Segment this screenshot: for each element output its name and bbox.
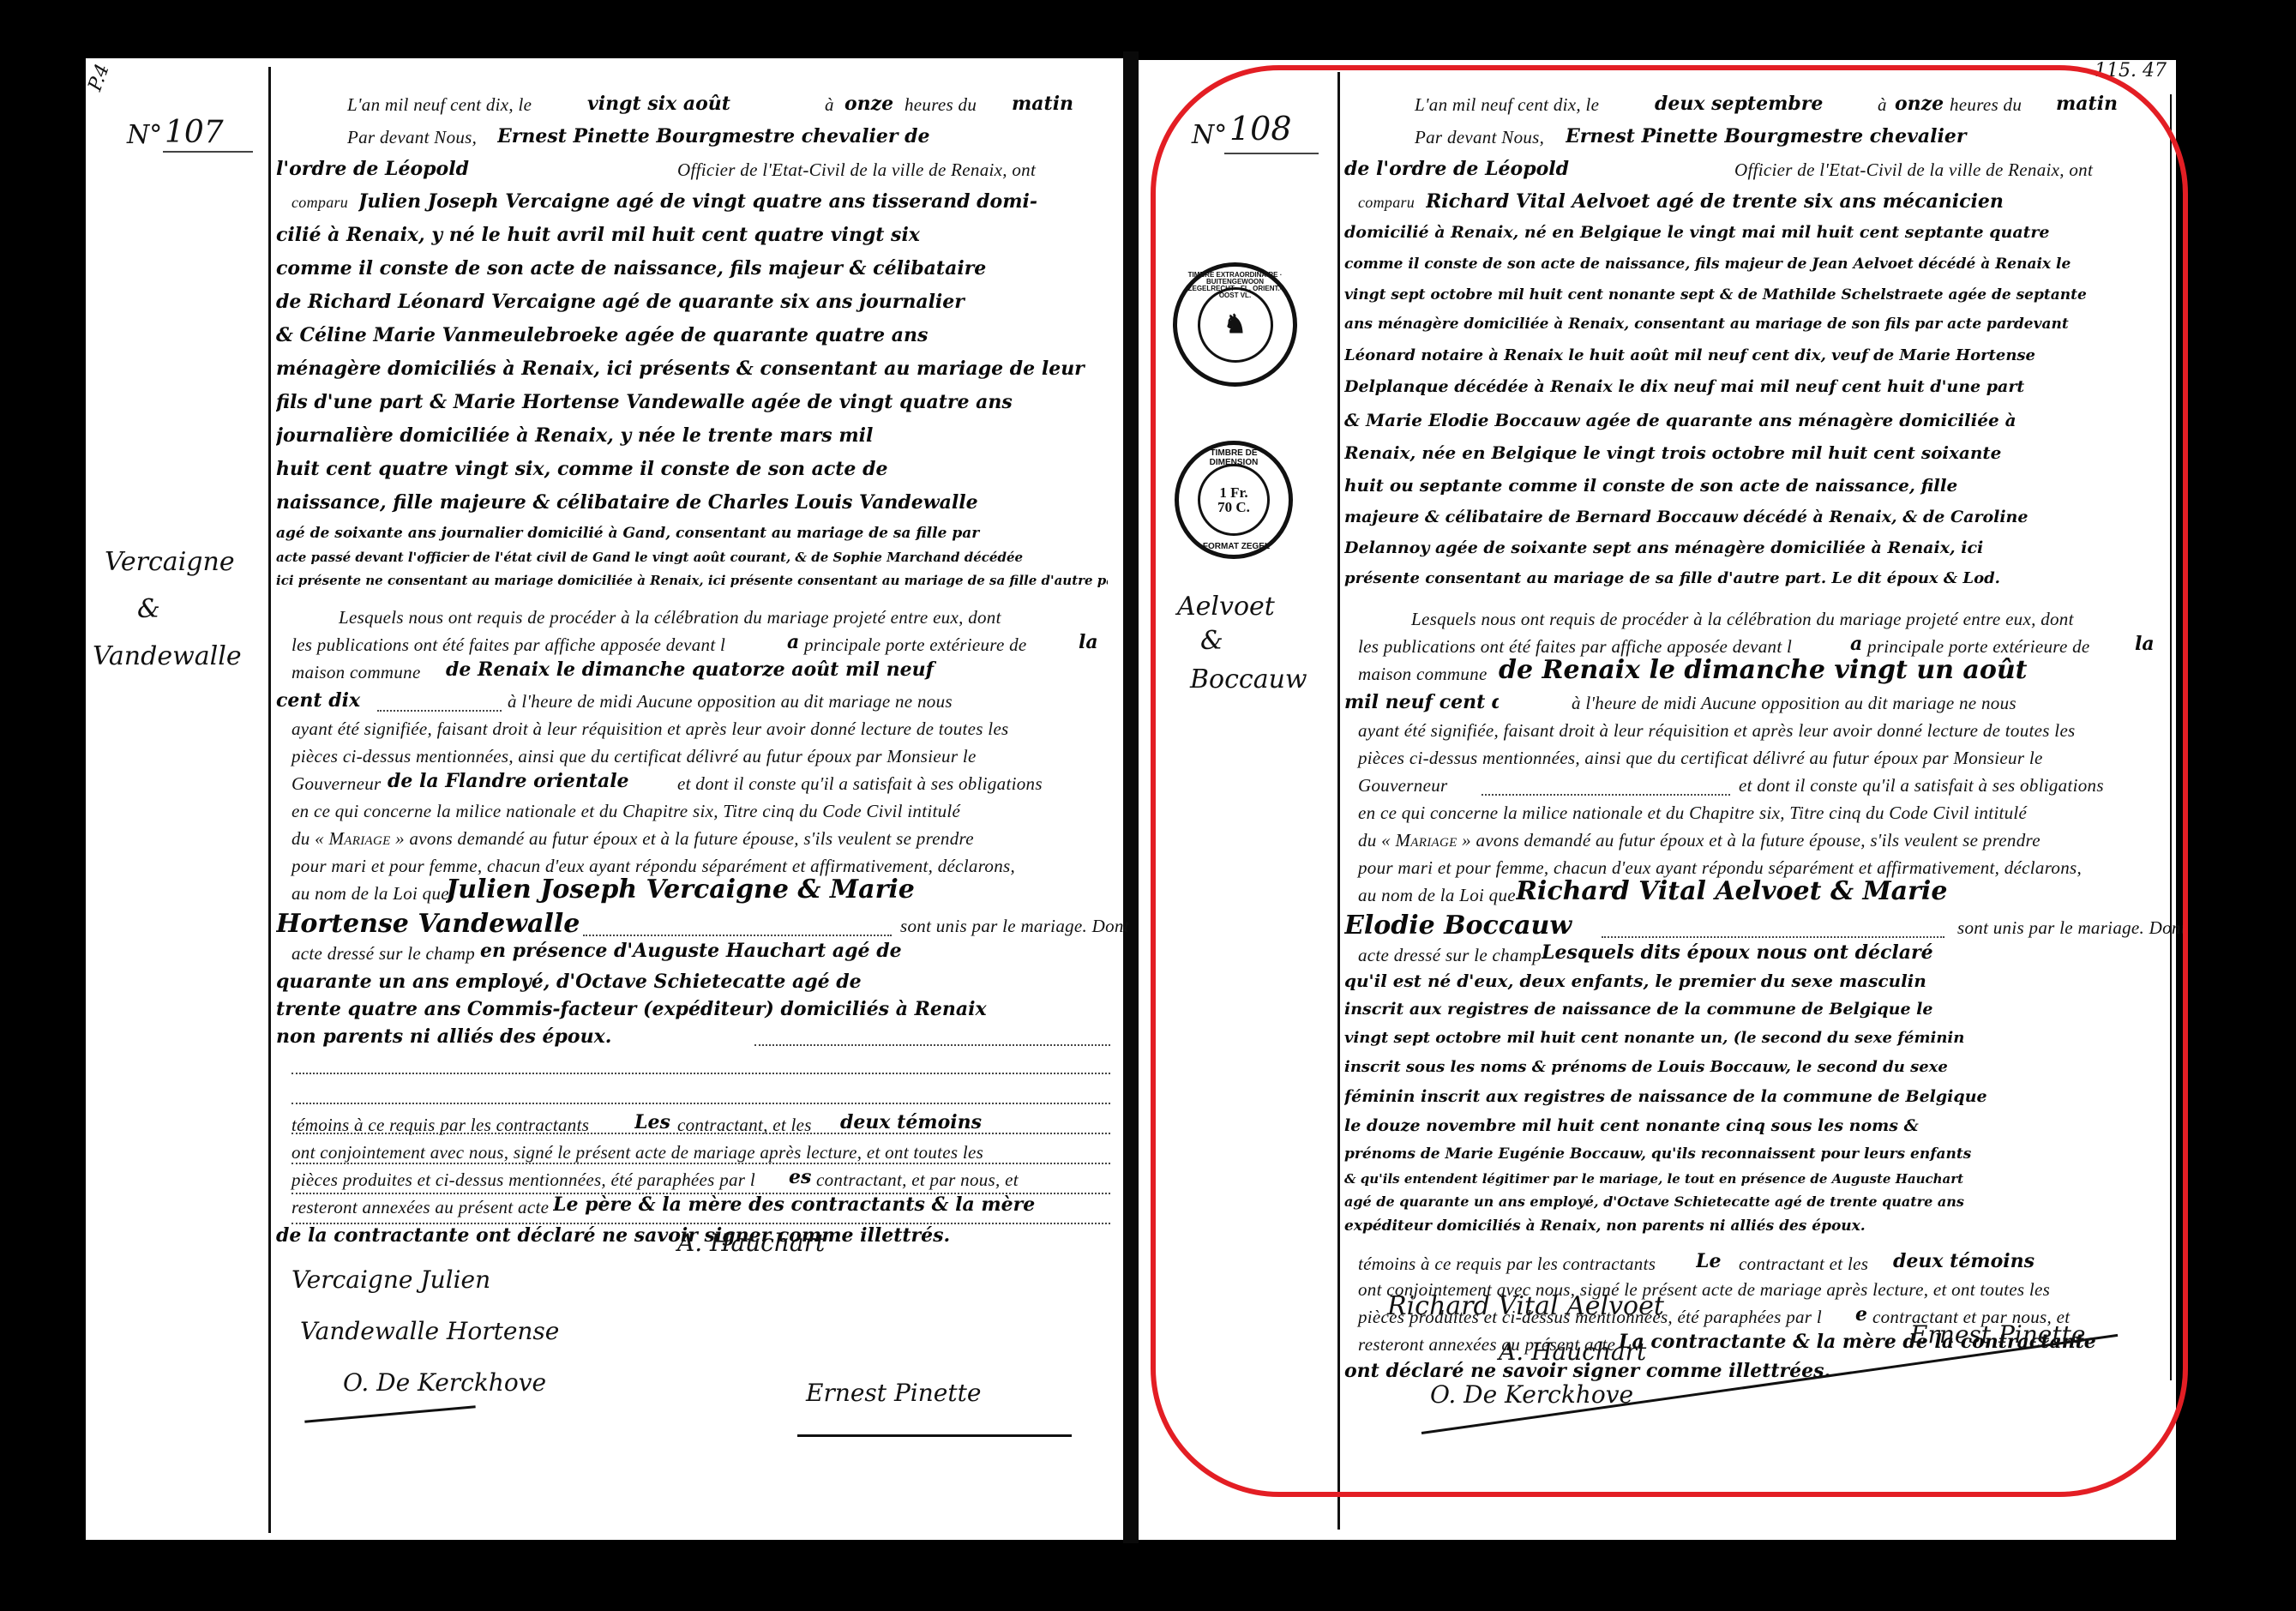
hand-line: comme il conste de son acte de naissance… xyxy=(276,257,1108,280)
ruled-line xyxy=(292,1073,1110,1074)
hand-word: la xyxy=(2135,633,2155,655)
hand-spouse-names: Hortense Vandewalle xyxy=(276,909,585,939)
hand-line: Lesquels dits époux nous ont déclaré xyxy=(1542,941,2167,964)
hand-officer: Ernest Pinette Bourgmestre chevalier xyxy=(1566,125,2149,147)
printed-text: Lesquels nous ont requis de procéder à l… xyxy=(339,607,1001,628)
corner-mark: P.4 xyxy=(85,61,114,93)
hand-line: huit ou septante comme il conste de son … xyxy=(1344,475,2159,496)
signature-flourish xyxy=(304,1405,476,1422)
stamp-ring-text: TIMBRE DE DIMENSION xyxy=(1191,448,1277,467)
hand-date: mil neuf cent dix xyxy=(1344,691,1499,713)
hand-line: en présence d'Auguste Hauchart agé de xyxy=(480,940,1110,962)
hand-line: & Céline Marie Vanmeulebroeke agée de qu… xyxy=(276,324,1108,346)
hand-line: féminin inscrit aux registres de naissan… xyxy=(1344,1087,2167,1106)
hand-line: agé de soixante ans journalier domicilié… xyxy=(276,525,1108,542)
margin-conj: & xyxy=(1200,626,1223,656)
printed-text: au nom de la Loi que xyxy=(292,883,449,905)
printed-text: Mariage xyxy=(329,828,391,849)
printed-text: contractant, et par nous, et xyxy=(816,1169,1019,1191)
stamp-value: 1 Fr. xyxy=(1219,485,1247,500)
hand-line: non parents ni alliés des époux. xyxy=(276,1025,756,1048)
printed-text: Lesquels nous ont requis de procéder à l… xyxy=(1411,609,2074,630)
margin-rule xyxy=(268,67,271,1533)
signature-bride: Vandewalle Hortense xyxy=(300,1317,559,1345)
printed-text: Officier de l'Etat-Civil de la ville de … xyxy=(677,159,1036,181)
margin-bride-name: Vandewalle xyxy=(93,641,242,671)
signature-groom: Vercaigne Julien xyxy=(292,1265,490,1294)
hand-line: Richard Vital Aelvoet agé de trente six … xyxy=(1426,190,2155,213)
hand-line: inscrit sous les noms & prénoms de Louis… xyxy=(1344,1058,2167,1076)
hand-line: Delannoy agée de soixante sept ans ménag… xyxy=(1344,538,2159,557)
dotted-fill xyxy=(583,935,892,936)
hand-line: Léonard notaire à Renaix le huit août mi… xyxy=(1344,346,2159,364)
printed-text: heures du xyxy=(905,94,977,116)
printed-text: comparu xyxy=(1358,194,1415,212)
hand-spouse-names: Julien Joseph Vercaigne & Marie xyxy=(446,875,1115,905)
hand-date: deux septembre xyxy=(1655,93,1865,115)
hand-line: & qu'ils entendent légitimer par le mari… xyxy=(1344,1171,2167,1187)
hand-line: de Richard Léonard Vercaigne agé de quar… xyxy=(276,291,1108,313)
printed-text: témoins à ce requis par les contractants xyxy=(292,1115,589,1136)
hand-line: domicilié à Renaix, né en Belgique le vi… xyxy=(1344,223,2159,242)
hand-line: prénoms de Marie Eugénie Boccauw, qu'ils… xyxy=(1344,1145,2167,1163)
hand-line: fils d'une part & Marie Hortense Vandewa… xyxy=(276,391,1108,413)
hand-line: naissance, fille majeure & célibataire d… xyxy=(276,491,1108,514)
printed-text: comparu xyxy=(292,194,348,212)
hand-line: expéditeur domiciliés à Renaix, non pare… xyxy=(1344,1217,2167,1235)
printed-text: L'an mil neuf cent dix, le xyxy=(347,94,532,116)
stamp-ring-text: FORMAT ZEGEL xyxy=(1198,542,1275,551)
hand-line: Renaix, née en Belgique le vingt trois o… xyxy=(1344,442,2159,463)
hand-hour: onze xyxy=(1895,93,1946,115)
printed-text: du « xyxy=(1358,830,1391,851)
dotted-fill xyxy=(754,1044,1110,1046)
printed-text: maison commune xyxy=(1358,664,1488,685)
hand-line: vingt sept octobre mil huit cent nonante… xyxy=(1344,286,2159,304)
hand-date: cent dix xyxy=(276,689,413,712)
printed-text: témoins à ce requis par les contractants xyxy=(1358,1253,1656,1275)
printed-text: Gouverneur xyxy=(1358,775,1447,796)
printed-text: ont conjointement avec nous, signé le pr… xyxy=(292,1142,983,1163)
hand-line: trente quatre ans Commis-facteur (expédi… xyxy=(276,998,1108,1020)
printed-text: Mariage xyxy=(1396,830,1458,851)
printed-text: à l'heure de midi Aucune opposition au d… xyxy=(1572,693,2017,714)
printed-text: contractant et les xyxy=(1739,1253,1868,1275)
printed-text: à xyxy=(825,94,834,116)
hand-witness-count: deux témoins xyxy=(840,1111,1097,1133)
act-number-underline xyxy=(1224,153,1319,154)
hand-word: a xyxy=(787,631,799,653)
hand-line: Le père & la mère des contractants & la … xyxy=(553,1193,1110,1216)
printed-text: au nom de la Loi que xyxy=(1358,885,1516,906)
printed-text: les publications ont été faites par affi… xyxy=(292,634,725,656)
hand-word: Le xyxy=(1696,1250,1721,1272)
signature-officer: Ernest Pinette xyxy=(806,1379,981,1407)
printed-text: du « xyxy=(292,828,324,849)
hand-date: de Renaix le dimanche vingt un août xyxy=(1499,655,2167,685)
hand-word: a xyxy=(1850,633,1862,655)
hand-line: inscrit aux registres de naissance de la… xyxy=(1344,1000,2167,1019)
hand-line: le douze novembre mil huit cent nonante … xyxy=(1344,1116,2167,1135)
hand-spouse-names: Elodie Boccauw xyxy=(1344,911,1602,941)
hand-spouse-names: Richard Vital Aelvoet & Marie xyxy=(1516,876,2167,906)
hand-date: vingt six août xyxy=(587,93,802,115)
act-number: 107 xyxy=(165,115,224,150)
hand-word: la xyxy=(1079,631,1098,653)
printed-text: en ce qui concerne la milice nationale e… xyxy=(292,801,960,822)
margin-rule xyxy=(1337,72,1340,1530)
hand-line: ménagère domiciliés à Renaix, ici présen… xyxy=(276,358,1108,380)
printed-text: acte dressé sur le champ xyxy=(292,943,475,965)
hand-date: de Renaix le dimanche quatorze août mil … xyxy=(446,658,1123,681)
printed-text: pièces ci-dessus mentionnées, ainsi que … xyxy=(292,746,977,767)
printed-text: ayant été signifiée, faisant droit à leu… xyxy=(292,718,1009,740)
hand-line: qu'il est né d'eux, deux enfants, le pre… xyxy=(1344,971,2167,991)
hand-line: ans ménagère domiciliée à Renaix, consen… xyxy=(1344,316,2159,333)
hand-line: Delplanque décédée à Renaix le dix neuf … xyxy=(1344,377,2159,396)
hand-line: comme il conste de son acte de naissance… xyxy=(1344,255,2159,273)
tax-stamp-extraordinary: ♞ TIMBRE EXTRAORDINAIRE · BUITENGEWOON Z… xyxy=(1173,262,1297,387)
hand-line: présente consentant au mariage de sa fil… xyxy=(1344,569,2167,587)
hand-word: es xyxy=(789,1166,811,1188)
printed-text: pièces ci-dessus mentionnées, ainsi que … xyxy=(1358,748,2043,769)
act-number-label: N° xyxy=(1192,120,1227,150)
printed-text: pièces produites et ci-dessus mentionnée… xyxy=(292,1169,755,1191)
printed-text: en ce qui concerne la milice nationale e… xyxy=(1358,802,2027,824)
hand-line: majeure & célibataire de Bernard Boccauw… xyxy=(1344,508,2159,526)
act-number: 108 xyxy=(1229,110,1292,147)
printed-text: sont unis par le mariage. Dont xyxy=(900,916,1129,937)
dotted-fill-blank xyxy=(1482,794,1730,796)
right-page-act-108: 115. 47 N° 108 ♞ TIMBRE EXTRAORDINAIRE ·… xyxy=(1139,60,2176,1540)
printed-text: contractant, et les xyxy=(677,1115,812,1136)
act-number-underline xyxy=(163,151,253,153)
printed-text: maison commune xyxy=(292,662,421,683)
stamp-ring-text: TIMBRE EXTRAORDINAIRE · BUITENGEWOON ZEG… xyxy=(1186,272,1284,299)
margin-groom-name: Vercaigne xyxy=(105,547,235,577)
hand-line: & Marie Elodie Boccauw agée de quarante … xyxy=(1344,410,2159,430)
printed-text: acte dressé sur le champ xyxy=(1358,945,1542,966)
printed-text: » avons demandé au futur époux et à la f… xyxy=(1462,830,2041,851)
hand-line: agé de quarante un ans employé, d'Octave… xyxy=(1344,1193,2167,1210)
hand-hour: onze xyxy=(844,93,896,115)
left-page-act-107: P.4 N° 107 Vercaigne & Vandewalle L'an m… xyxy=(86,58,1123,1540)
printed-text: Par devant Nous, xyxy=(347,127,477,148)
hand-line: vingt sept octobre mil huit cent nonante… xyxy=(1344,1029,2167,1047)
signature-witness-1: A. Hauchart xyxy=(677,1229,825,1257)
page-edge-line xyxy=(2170,94,2172,1380)
hand-time-of-day: matin xyxy=(1012,93,1106,115)
signature-witness-2: O. De Kerckhove xyxy=(343,1368,546,1397)
ruled-line xyxy=(292,1103,1110,1104)
signature-witness-2: O. De Kerckhove xyxy=(1430,1380,1633,1409)
act-number-label: N° xyxy=(127,120,162,150)
hand-line: huit cent quatre vingt six, comme il con… xyxy=(276,458,1108,480)
printed-text: principale porte extérieure de xyxy=(804,634,1027,656)
hand-line: cilié à Renaix, y né le huit avril mil h… xyxy=(276,224,1108,246)
margin-conj: & xyxy=(137,594,160,624)
stamp-value: 70 C. xyxy=(1217,500,1250,514)
printed-text: Par devant Nous, xyxy=(1415,127,1544,148)
hand-word: Les xyxy=(634,1111,670,1133)
hand-line: acte passé devant l'officier de l'état c… xyxy=(276,550,1108,565)
hand-officer: Ernest Pinette Bourgmestre chevalier de xyxy=(497,125,1097,147)
hand-line: quarante un ans employé, d'Octave Schiet… xyxy=(276,971,1108,993)
printed-text: et dont il conste qu'il a satisfait à se… xyxy=(1739,775,2104,796)
hand-line: ici présente ne consentant au mariage do… xyxy=(276,573,1108,588)
printed-text: L'an mil neuf cent dix, le xyxy=(1415,94,1599,116)
signature-groom: Richard Vital Aelvoet xyxy=(1387,1291,1664,1321)
book-gutter xyxy=(1123,51,1139,1543)
dotted-fill xyxy=(377,710,502,712)
hand-line: Julien Joseph Vercaigne agé de vingt qua… xyxy=(358,190,1109,213)
hand-word: e xyxy=(1855,1303,1867,1325)
signature-flourish xyxy=(797,1434,1072,1437)
printed-text: et dont il conste qu'il a satisfait à se… xyxy=(677,773,1043,795)
printed-text: heures du xyxy=(1950,94,2022,116)
printed-text: resteront annexées au présent acte xyxy=(292,1197,549,1218)
hand-province: de la Flandre orientale xyxy=(388,770,662,792)
printed-text: Gouverneur xyxy=(292,773,381,795)
printed-text: » avons demandé au futur époux et à la f… xyxy=(395,828,974,849)
hand-officer-order: l'ordre de Léopold xyxy=(276,158,533,180)
hand-time-of-day: matin xyxy=(2056,93,2142,115)
printed-text: ayant été signifiée, faisant droit à leu… xyxy=(1358,720,2076,742)
hand-witness-count: deux témoins xyxy=(1893,1250,2150,1272)
hand-line: journalière domiciliée à Renaix, y née l… xyxy=(276,424,1108,447)
corner-mark: 115. 47 xyxy=(2095,60,2167,81)
hand-officer-order: de l'ordre de Léopold xyxy=(1344,158,1602,180)
printed-text: à l'heure de midi Aucune opposition au d… xyxy=(508,691,953,712)
printed-text: sont unis par le mariage. Dont xyxy=(1957,917,2186,939)
margin-bride-name: Boccauw xyxy=(1190,664,1307,694)
tax-stamp-dimension: 1 Fr. 70 C. TIMBRE DE DIMENSION FORMAT Z… xyxy=(1175,441,1293,559)
dotted-fill xyxy=(1602,936,1944,938)
printed-text: à xyxy=(1878,94,1887,116)
printed-text: Officier de l'Etat-Civil de la ville de … xyxy=(1734,159,2093,181)
margin-groom-name: Aelvoet xyxy=(1177,592,1275,622)
signature-witness-1: A. Hauchart xyxy=(1499,1337,1646,1366)
